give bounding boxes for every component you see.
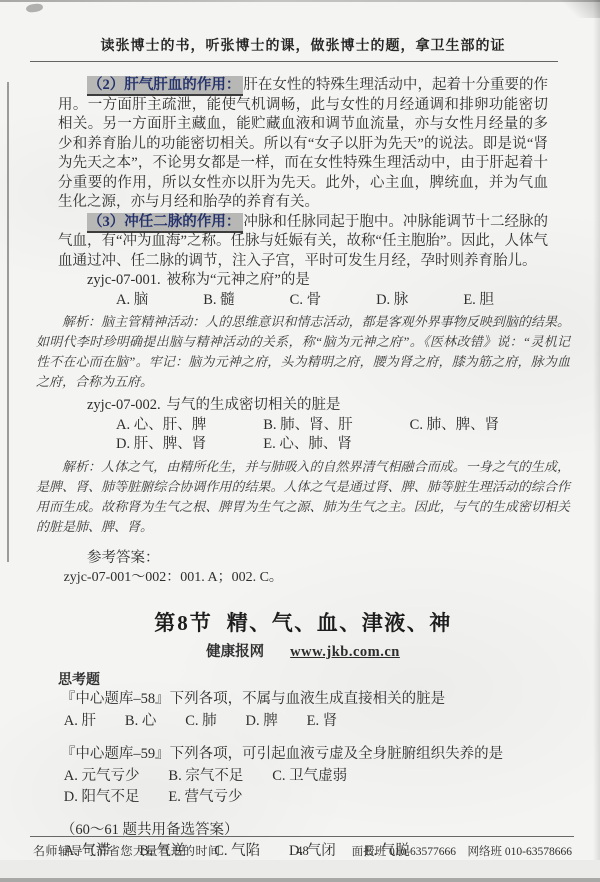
question-1-options: A. 脑B. 髓C. 骨D. 脉E. 胆	[58, 291, 548, 311]
header-slogan: 读张博士的书，听张博士的课，做张博士的题，拿卫生部的证	[58, 38, 548, 56]
question-option: E. 心、肺、肾	[234, 435, 352, 455]
footer: 名师辅导可节省您大量看书的时间 48 面授班 010-63577666 网络班 …	[33, 842, 572, 859]
question-option: C. 卫气虚弱	[269, 767, 347, 787]
reference-answers-line: zyjc-07-001～002：001. A；002. C。	[58, 568, 548, 588]
question-1-stem: 被称为“元神之府”的是	[166, 272, 309, 288]
question-option: B. 心	[122, 712, 156, 732]
question-option: E. 肾	[304, 712, 338, 732]
question-option: E. 营气亏少	[166, 788, 243, 808]
question-2-analysis: 解析：人体之气，由精所化生，并与肺吸入的自然界清气相融合而成。一身之气的生成，是…	[36, 457, 570, 537]
question-1-analysis: 解析：脑主管精神活动：人的思维意识和情志活动，都是客观外界事物反映到脑的结果。如…	[36, 312, 570, 392]
scanned-book-page: 读张博士的书，听张博士的课，做张博士的题，拿卫生部的证 （2）肝气肝血的作用：肝…	[0, 0, 600, 882]
question-option: C. 肺	[182, 712, 216, 732]
question-1-id: zyjc-07-001.	[87, 272, 161, 288]
question-59-tag: 『中心题库–59』	[61, 746, 170, 762]
question-2-options-row2: D. 肝、脾、肾E. 心、肺、肾	[58, 435, 548, 455]
footer-rule	[30, 836, 574, 837]
paragraph-chong-ren: （3）冲任二脉的作用：冲脉和任脉同起于胞中。冲脉能调节十二经脉的气血，有“冲为血…	[58, 213, 548, 272]
site-line: 健康报网www.jkb.com.cn	[58, 642, 548, 662]
page-content: 读张博士的书，听张博士的课，做张博士的题，拿卫生部的证 （2）肝气肝血的作用：肝…	[58, 0, 548, 862]
question-option: C. 骨	[261, 291, 321, 311]
question-option: D. 脾	[243, 712, 278, 732]
question-2-id: zyjc-07-002.	[87, 397, 161, 413]
question-option: B. 宗气不足	[166, 767, 244, 787]
footer-slogan: 名师辅导可节省您大量看书的时间	[33, 842, 273, 859]
question-2-options-row1: A. 心、肝、脾B. 肺、肾、肝C. 肺、脾、肾	[58, 416, 548, 436]
section-title: 第8节精、气、血、津液、神	[58, 609, 548, 637]
section-number: 第8节	[154, 611, 213, 635]
page-number: 48	[273, 844, 333, 859]
question-option: D. 肝、脾、肾	[87, 435, 206, 455]
paragraph-liver-body: 肝在女性的特殊生理活动中，起着十分重要的作用。一方面肝主疏泄，能使气机调畅，此与…	[58, 77, 548, 210]
question-59-stem: 下列各项，可引起血液亏虚及全身脏腑组织失养的是	[170, 746, 504, 762]
question-option: D. 阳气不足	[61, 788, 140, 808]
section-title-text: 精、气、血、津液、神	[227, 611, 452, 635]
question-59-options-row2: D. 阳气不足E. 营气亏少	[58, 788, 548, 808]
question-58-stem-line: 『中心题库–58』下列各项，不属与血液生成直接相关的脏是	[58, 690, 548, 710]
question-option: A. 元气亏少	[61, 767, 140, 787]
question-option: A. 心、肝、脾	[87, 416, 206, 436]
question-1-stem-line: zyjc-07-001.被称为“元神之府”的是	[58, 271, 548, 291]
question-option: E. 胆	[434, 291, 494, 311]
header-rule	[30, 61, 558, 62]
highlight-heading-chong-ren: （3）冲任二脉的作用：	[87, 213, 243, 233]
footer-contact: 面授班 010-63577666 网络班 010-63578666	[333, 843, 573, 859]
site-name: 健康报网	[206, 644, 264, 660]
scan-smudge	[26, 3, 44, 13]
question-option: B. 肺、肾、肝	[234, 416, 352, 436]
question-59-stem-line: 『中心题库–59』下列各项，可引起血液亏虚及全身脏腑组织失养的是	[58, 745, 548, 765]
scan-edge-left	[7, 82, 9, 562]
question-option: D. 脉	[347, 291, 408, 311]
scan-edge-right	[593, 0, 600, 882]
site-url: www.jkb.com.cn	[290, 644, 400, 660]
paragraph-liver-qi-blood: （2）肝气肝血的作用：肝在女性的特殊生理活动中，起着十分重要的作用。一方面肝主疏…	[58, 76, 548, 213]
question-2-stem-line: zyjc-07-002.与气的生成密切相关的脏是	[58, 396, 548, 416]
question-2-stem: 与气的生成密切相关的脏是	[166, 397, 340, 413]
reference-answers-label: 参考答案：	[58, 549, 548, 569]
question-58-stem: 下列各项，不属与血液生成直接相关的脏是	[170, 691, 446, 707]
question-option: B. 髓	[174, 291, 234, 311]
highlight-heading-liver: （2）肝气肝血的作用：	[87, 76, 243, 96]
question-option: A. 脑	[87, 291, 148, 311]
question-58-tag: 『中心题库–58』	[61, 691, 170, 707]
shared-answers-note: （60～61 题共用备选答案）	[58, 821, 548, 841]
question-option: C. 肺、脾、肾	[381, 416, 499, 436]
thinking-questions-label: 思考题	[58, 671, 548, 691]
scan-edge-bottom	[0, 860, 600, 882]
question-58-options: A. 肝B. 心C. 肺D. 脾E. 肾	[58, 712, 548, 732]
question-option: A. 肝	[61, 712, 96, 732]
question-59-options-row1: A. 元气亏少B. 宗气不足C. 卫气虚弱	[58, 767, 548, 787]
